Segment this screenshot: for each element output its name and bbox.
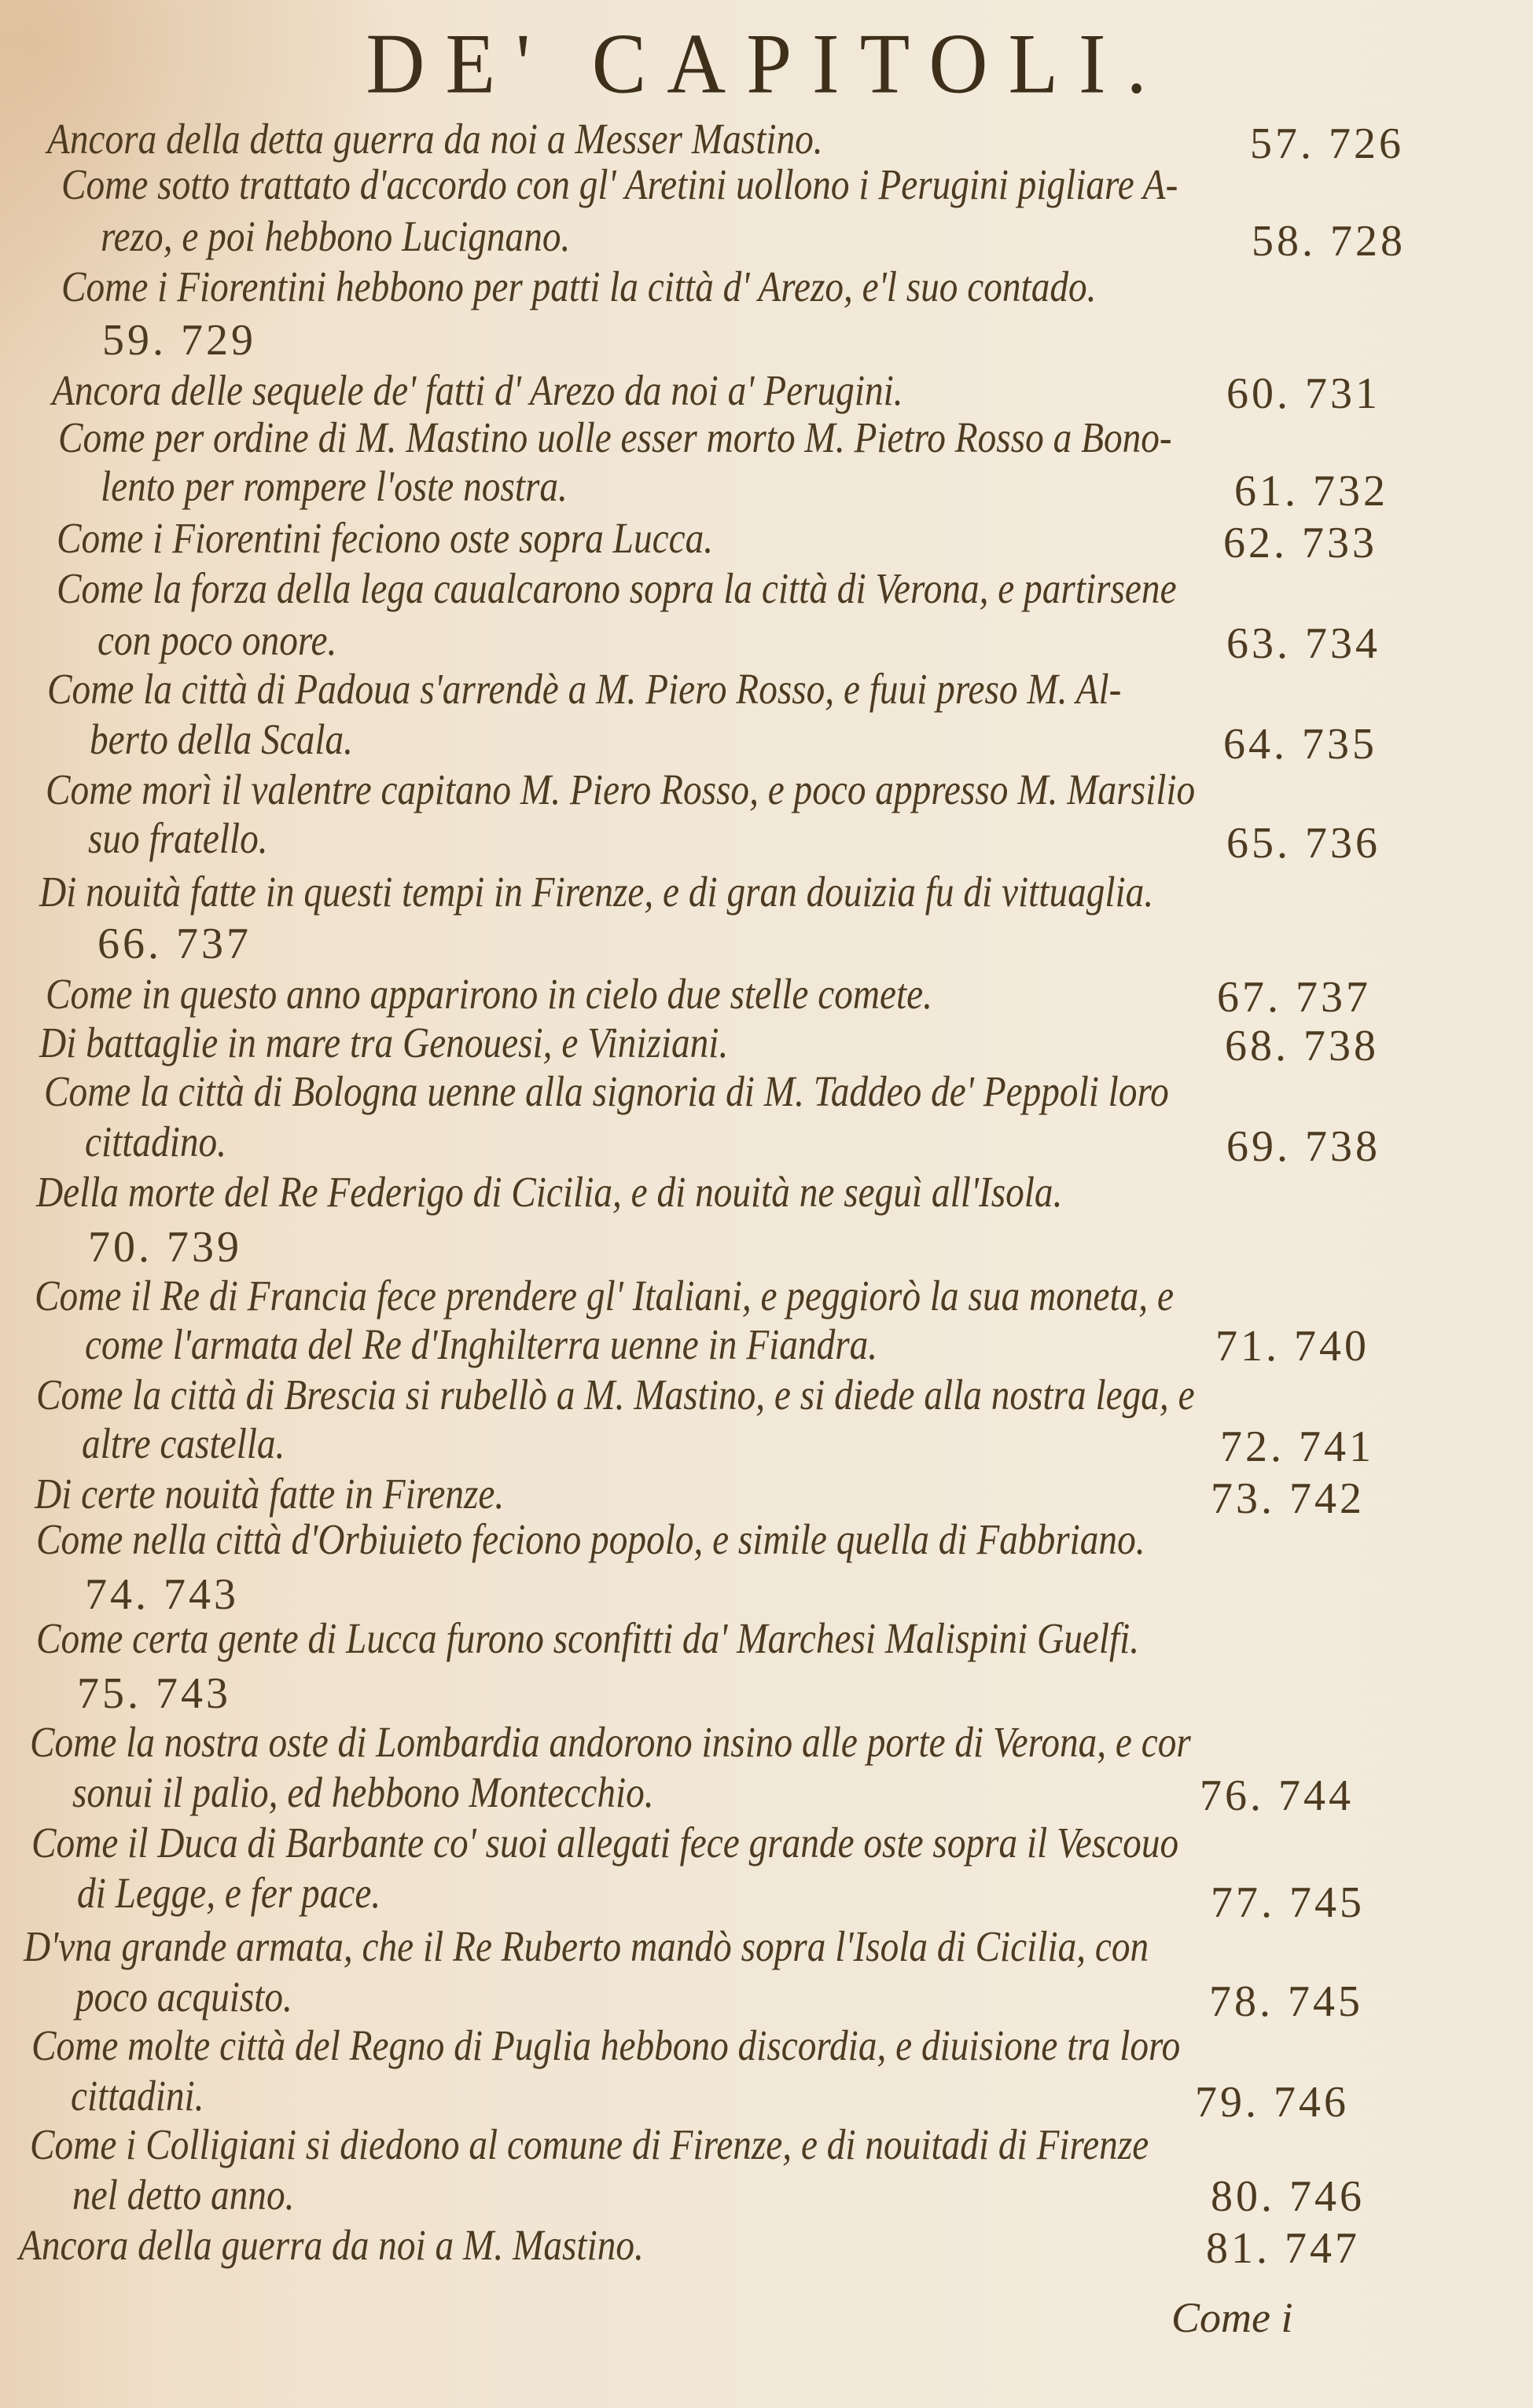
entry-text: rezo, e poi hebbono Lucignano.: [101, 211, 570, 261]
entry-ref: 78. 745: [1209, 1977, 1363, 2027]
entry-text: Come il Re di Francia fece prendere gl' …: [35, 1271, 1174, 1320]
entry-ref: 71. 740: [1215, 1321, 1369, 1371]
entry-ref: 72. 741: [1220, 1422, 1374, 1472]
entry-text: Come molte città del Regno di Puglia heb…: [31, 2021, 1180, 2070]
entry-ref: 75. 743: [77, 1668, 231, 1719]
entry-ref: 61. 732: [1234, 466, 1388, 516]
entry-text: Della morte del Re Federigo di Cicilia, …: [36, 1167, 1062, 1217]
entry-text: berto della Scala.: [90, 714, 353, 764]
entry-ref: 69. 738: [1226, 1121, 1380, 1172]
entry-text: Come il Duca di Barbante co' suoi allega…: [31, 1818, 1178, 1867]
entry-text: Come in questo anno apparirono in cielo …: [46, 969, 932, 1019]
entry-text: Come nella città d'Orbiuieto feciono pop…: [36, 1514, 1145, 1564]
entry-ref: 76. 744: [1200, 1771, 1354, 1821]
entry-text: poco acquisto.: [75, 1972, 292, 2021]
entry-text: Come per ordine di M. Mastino uolle esse…: [58, 413, 1172, 462]
entry-ref: 70. 739: [88, 1222, 242, 1272]
entry-text: suo fratello.: [88, 813, 268, 863]
catchword: Come i: [1171, 2293, 1293, 2342]
page-title: DE' CAPITOLI.: [0, 15, 1533, 113]
entry-text: Come i Fiorentini feciono oste sopra Luc…: [57, 513, 713, 563]
entry-text: lento per rompere l'oste nostra.: [101, 461, 568, 511]
entry-text: Come la nostra oste di Lombardia andoron…: [30, 1717, 1191, 1767]
entry-ref: 74. 743: [85, 1569, 239, 1620]
entry-ref: 68. 738: [1225, 1021, 1379, 1071]
entry-text: Di nouità fatte in questi tempi in Firen…: [39, 867, 1153, 916]
entry-ref: 64. 735: [1223, 719, 1377, 769]
entry-text: Come i Fiorentini hebbono per patti la c…: [61, 262, 1096, 311]
entry-text: sonui il palio, ed hebbono Montecchio.: [72, 1767, 654, 1817]
entry-ref: 73. 742: [1211, 1474, 1365, 1524]
entry-text: come l'armata del Re d'Inghilterra uenne…: [85, 1320, 877, 1369]
entry-ref: 65. 736: [1226, 818, 1380, 868]
entry-text: Come sotto trattato d'accordo con gl' Ar…: [61, 160, 1178, 209]
entry-text: D'vna grande armata, che il Re Ruberto m…: [24, 1922, 1149, 1971]
entry-ref: 63. 734: [1226, 619, 1380, 669]
entry-text: nel detto anno.: [72, 2170, 294, 2219]
entry-ref: 62. 733: [1223, 518, 1377, 568]
entry-ref: 81. 747: [1206, 2223, 1360, 2274]
entry-ref: 80. 746: [1211, 2171, 1365, 2222]
entry-text: Come la città di Brescia si rubellò a M.…: [36, 1370, 1195, 1419]
entry-ref: 58. 728: [1252, 216, 1406, 266]
entry-text: Come la città di Padoua s'arrendè a M. P…: [47, 664, 1121, 714]
entry-text: altre castella.: [82, 1419, 285, 1468]
entry-text: di Legge, e fer pace.: [77, 1868, 380, 1918]
entry-text: cittadino.: [85, 1117, 226, 1166]
entry-ref: 60. 731: [1226, 369, 1380, 419]
entry-text: cittadini.: [71, 2071, 204, 2120]
entry-text: con poco onore.: [97, 615, 336, 665]
entry-text: Ancora della guerra da noi a M. Mastino.: [19, 2220, 644, 2270]
entry-ref: 77. 745: [1211, 1878, 1365, 1928]
entry-text: Come la città di Bologna uenne alla sign…: [44, 1066, 1169, 1116]
entry-text: Ancora delle sequele de' fatti d' Arezo …: [52, 365, 903, 415]
entry-text: Come certa gente di Lucca furono sconfit…: [36, 1613, 1139, 1663]
entry-text: Ancora della detta guerra da noi a Messe…: [47, 114, 823, 163]
entry-text: Come i Colligiani si diedono al comune d…: [30, 2120, 1149, 2169]
entry-ref: 79. 746: [1195, 2077, 1349, 2127]
entry-ref: 57. 726: [1250, 119, 1404, 169]
entry-text: Di certe nouità fatte in Firenze.: [35, 1469, 504, 1518]
entry-ref: 59. 729: [102, 315, 256, 365]
entry-text: Come la forza della lega caualcarono sop…: [57, 563, 1177, 613]
entry-text: Di battaglie in mare tra Genouesi, e Vin…: [39, 1018, 728, 1067]
entry-ref: 66. 737: [97, 919, 252, 969]
entry-text: Come morì il valentre capitano M. Piero …: [46, 765, 1195, 814]
entry-ref: 67. 737: [1217, 972, 1371, 1022]
